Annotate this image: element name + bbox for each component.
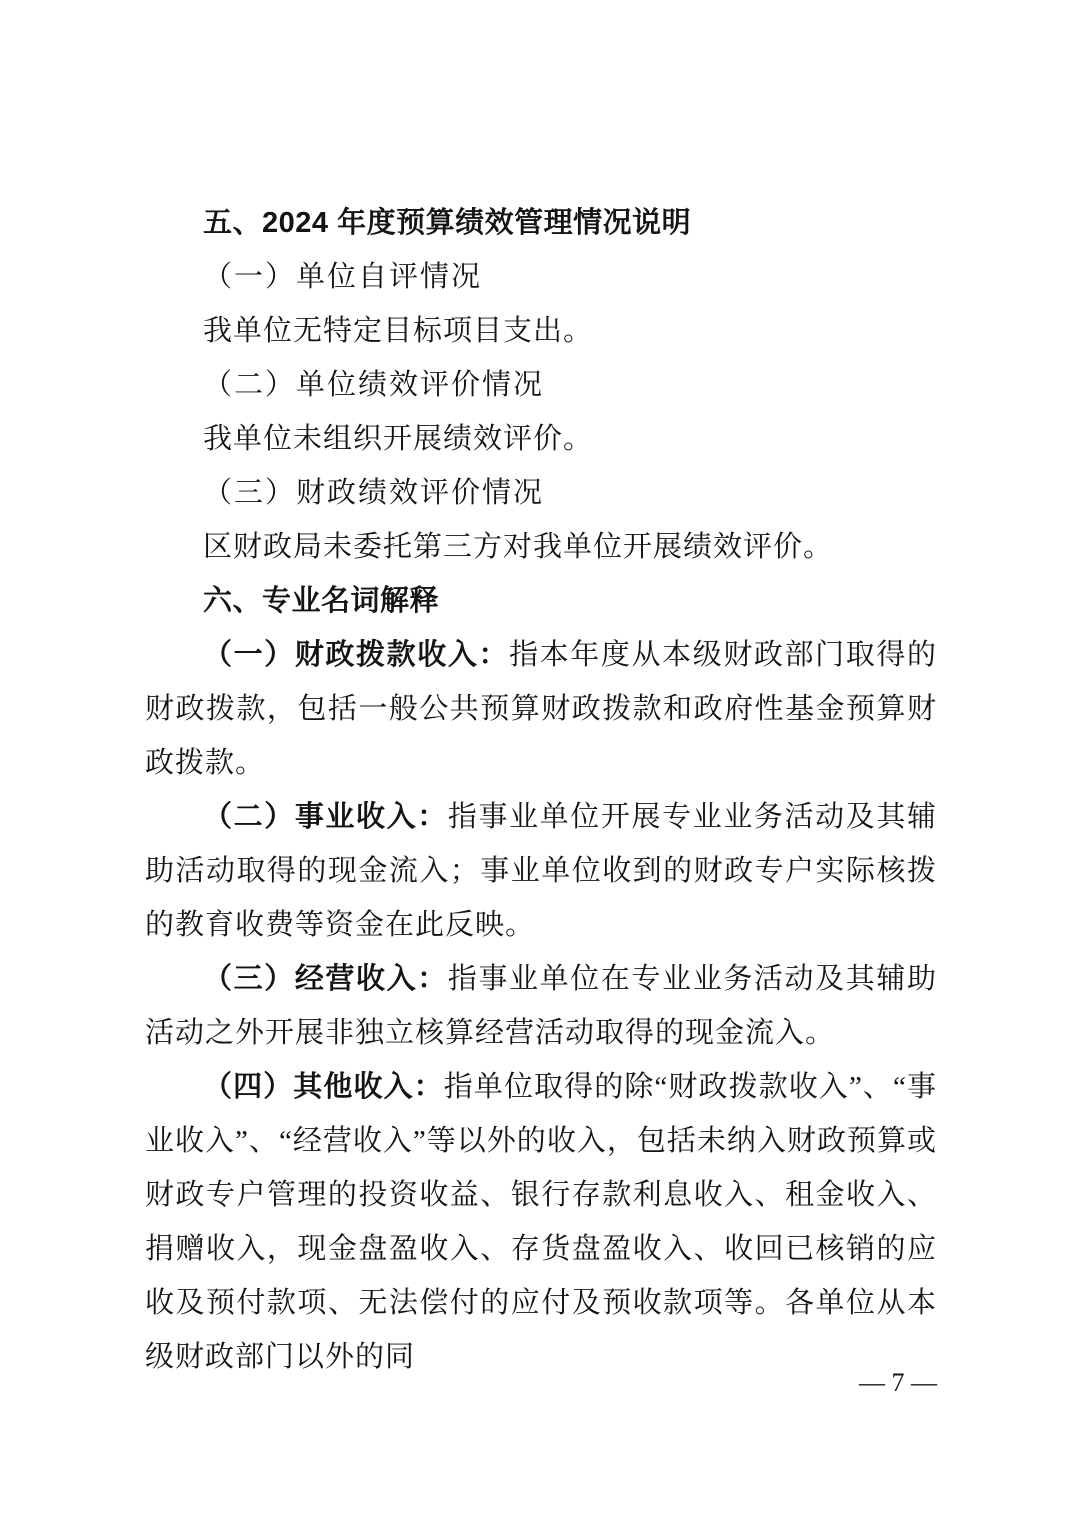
section-5-item-1-title: （一）单位自评情况 bbox=[145, 250, 937, 304]
term-4-label: （四）其他收入： bbox=[203, 1071, 444, 1103]
section-5-item-3-title: （三）财政绩效评价情况 bbox=[145, 466, 937, 520]
term-1-label: （一）财政拨款收入： bbox=[203, 639, 509, 671]
page-content: 五、2024 年度预算绩效管理情况说明 （一）单位自评情况 我单位无特定目标项目… bbox=[145, 196, 937, 1384]
page-number: — 7 — bbox=[859, 1368, 937, 1398]
term-paragraph-2: （二）事业收入：指事业单位开展专业业务活动及其辅助活动取得的现金流入；事业单位收… bbox=[145, 790, 937, 952]
section-6-heading: 六、专业名词解释 bbox=[145, 574, 937, 628]
section-5-item-2-body: 我单位未组织开展绩效评价。 bbox=[145, 412, 937, 466]
document-page: 五、2024 年度预算绩效管理情况说明 （一）单位自评情况 我单位无特定目标项目… bbox=[0, 0, 1074, 1520]
term-paragraph-3: （三）经营收入：指事业单位在专业业务活动及其辅助活动之外开展非独立核算经营活动取… bbox=[145, 952, 937, 1060]
section-5-item-3-body: 区财政局未委托第三方对我单位开展绩效评价。 bbox=[145, 520, 937, 574]
section-5-item-2-title: （二）单位绩效评价情况 bbox=[145, 358, 937, 412]
section-5-heading: 五、2024 年度预算绩效管理情况说明 bbox=[145, 196, 937, 250]
section-5-item-1-body: 我单位无特定目标项目支出。 bbox=[145, 304, 937, 358]
term-2-label: （二）事业收入： bbox=[203, 801, 448, 833]
term-paragraph-1: （一）财政拨款收入：指本年度从本级财政部门取得的财政拨款，包括一般公共预算财政拨… bbox=[145, 628, 937, 790]
term-3-label: （三）经营收入： bbox=[203, 963, 448, 995]
term-paragraph-4: （四）其他收入：指单位取得的除“财政拨款收入”、“事业收入”、“经营收入”等以外… bbox=[145, 1060, 937, 1384]
term-4-definition: 指单位取得的除“财政拨款收入”、“事业收入”、“经营收入”等以外的收入，包括未纳… bbox=[145, 1071, 937, 1373]
